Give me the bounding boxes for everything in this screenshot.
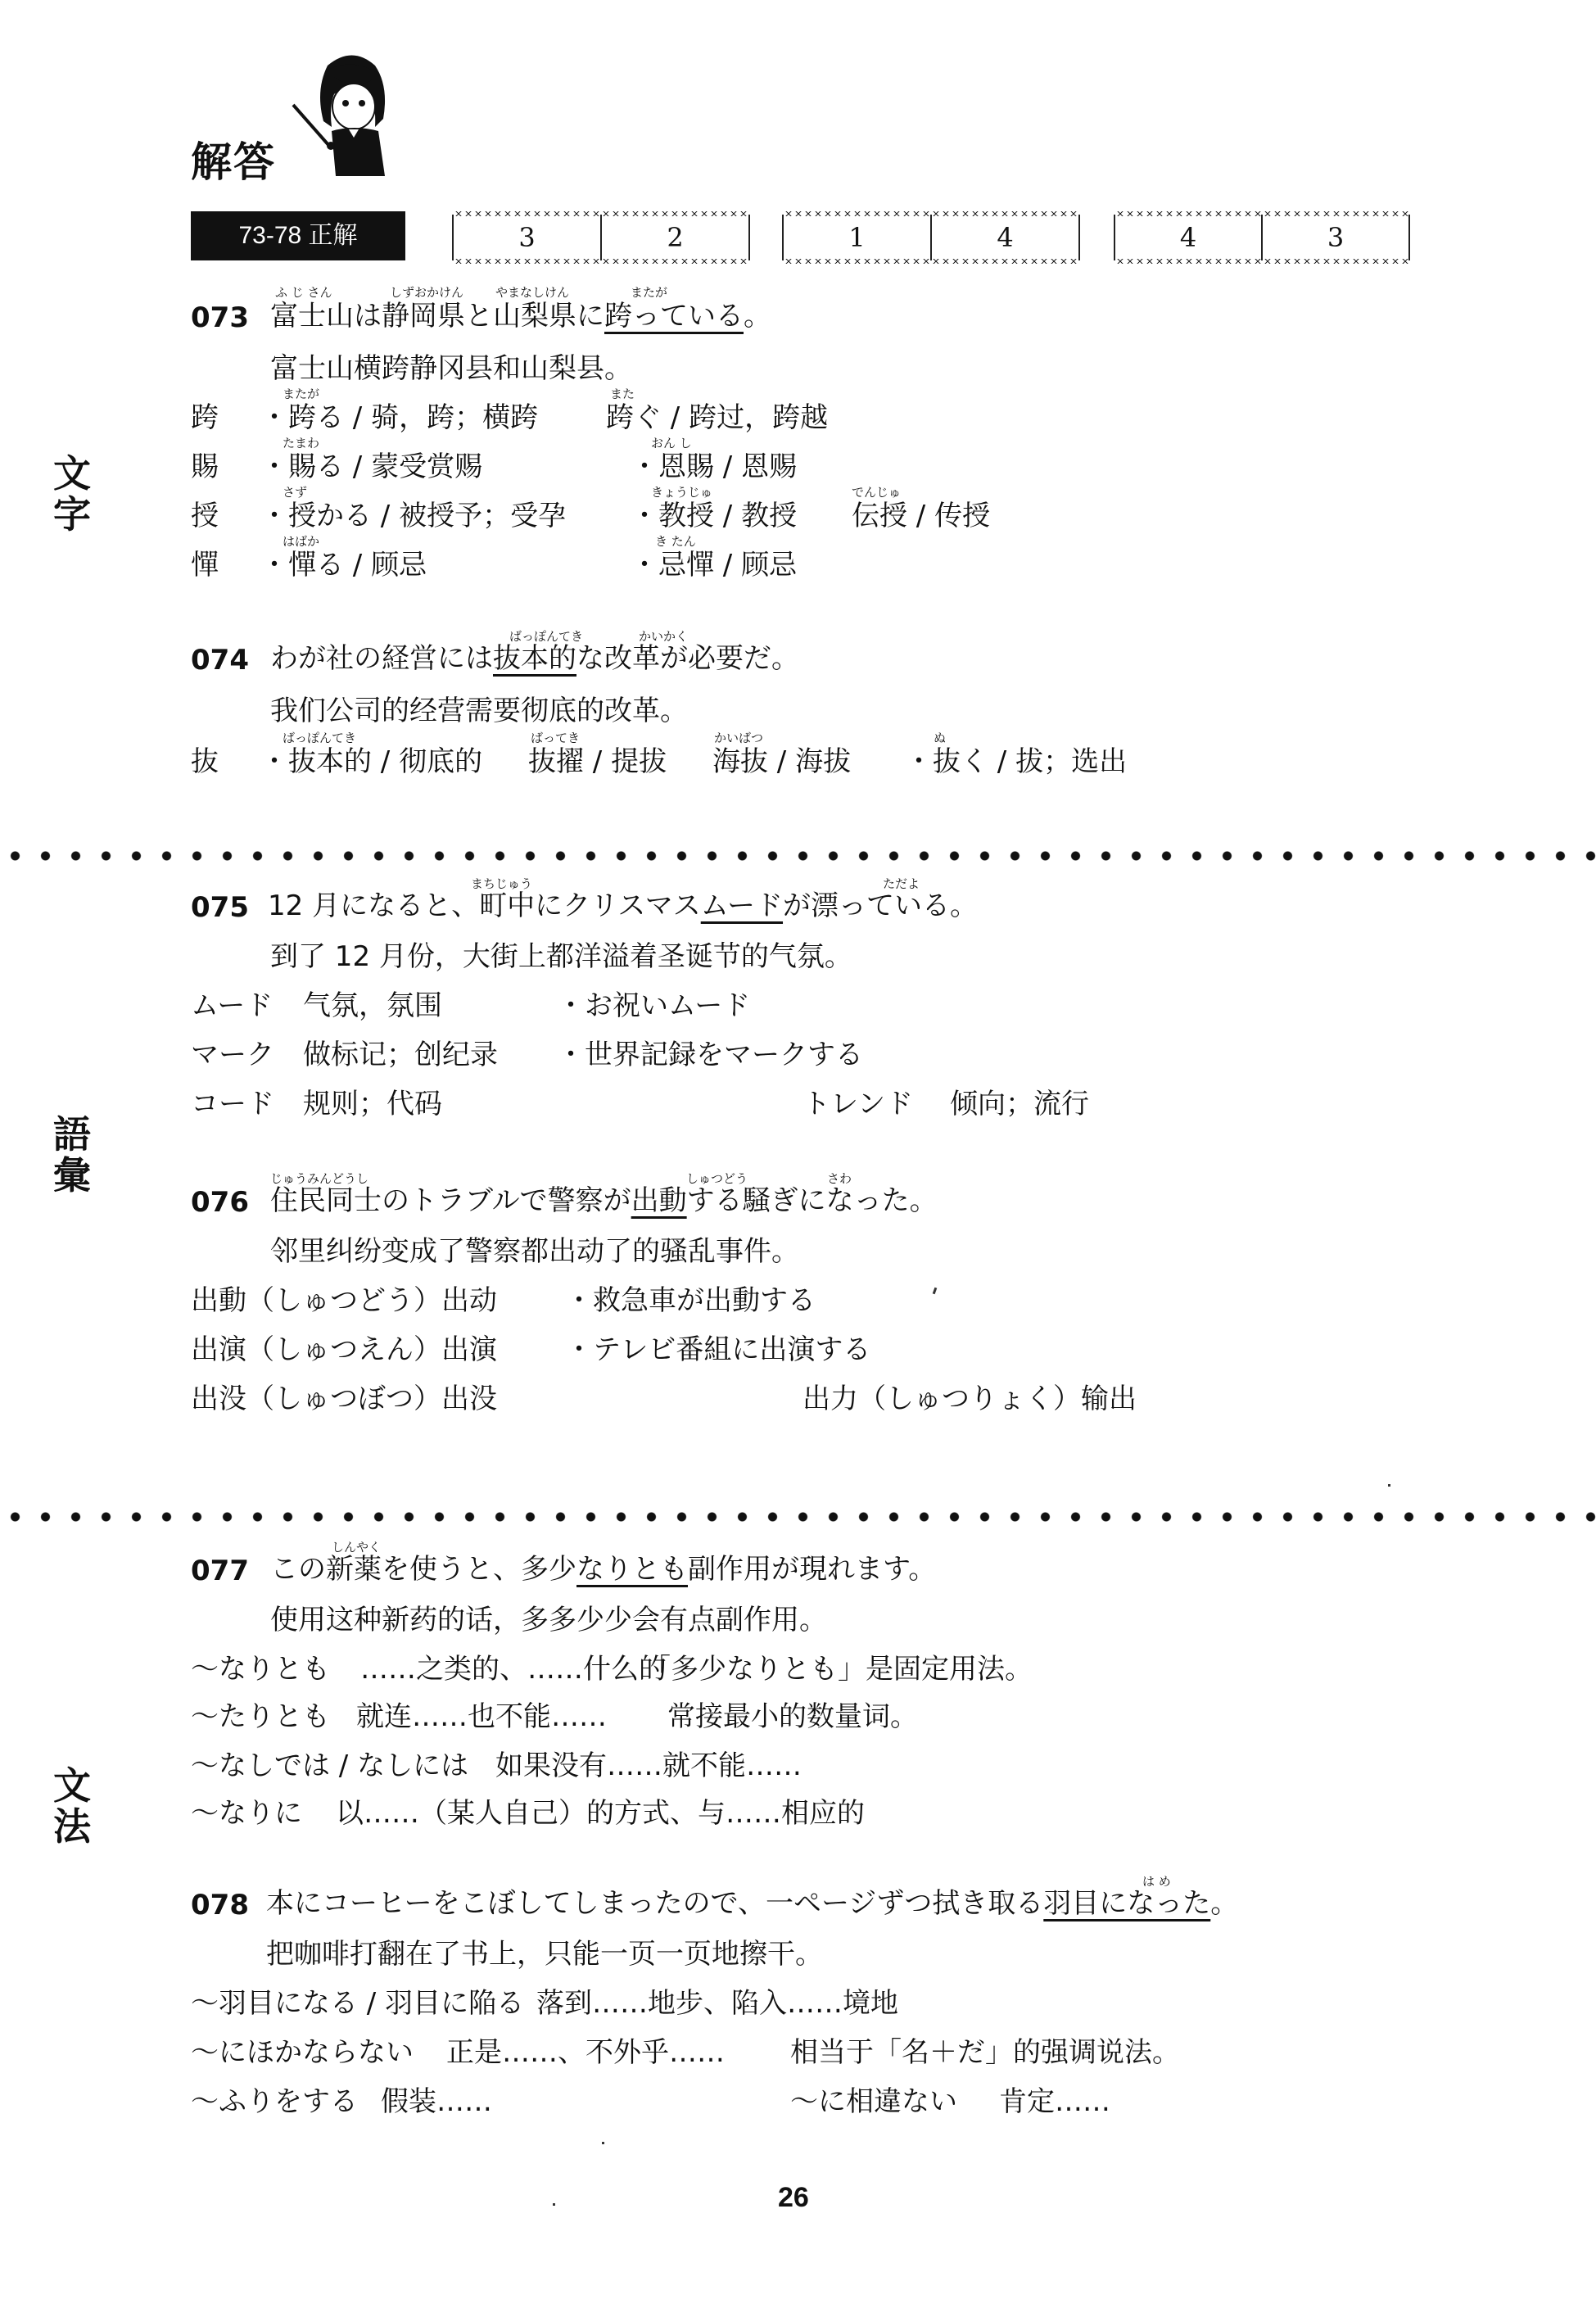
term: マーク	[191, 1039, 274, 1071]
question-sentence: 本にコーヒーをこぼしてしまったので、一ページずつ拭き取る羽目になった。	[266, 1887, 1238, 1920]
ruby: またが	[631, 283, 667, 301]
answer-box-group-2: 1 4	[782, 215, 1080, 260]
kanji-head: 憚	[191, 549, 219, 582]
answer-box-group-1: 3 2	[452, 215, 750, 260]
translation: 到了 12 月份，大街上都洋溢着圣诞节的气氛。	[270, 940, 852, 973]
translation: 邻里纠纷变成了警察都出动了的骚乱事件。	[270, 1235, 799, 1268]
translation: 把咖啡打翻在了书上，只能一页一页地擦干。	[266, 1938, 823, 1971]
grammar-term: ～にほかならない	[191, 2036, 414, 2069]
question-sentence: 12 月になると、町中にクリスマスムードが漂っている。	[268, 889, 978, 922]
ruby: きょうじゅ	[651, 483, 712, 500]
answer-box-group-3: 4 3	[1114, 215, 1410, 260]
translation: 富士山横跨静冈县和山梨县。	[270, 352, 632, 385]
translation: 我们公司的经营需要彻底的改革。	[270, 695, 688, 727]
vocab-item: ・授かる / 被授予；受孕	[260, 500, 566, 532]
sentence-text: な改革が必要だ。	[576, 642, 799, 675]
ruby: またが	[283, 385, 319, 402]
vocab-item: ・教授 / 教授	[631, 500, 797, 532]
question-number: 077	[191, 1555, 249, 1587]
note: 常接最小的数量词。	[667, 1700, 918, 1733]
sentence-text: する騒ぎになった。	[687, 1184, 938, 1217]
section-label-moji: 文字	[51, 453, 93, 535]
page-number: 26	[778, 2182, 809, 2214]
kanji-head: 授	[191, 500, 219, 532]
grammar-term: ～羽目になる / 羽目に陥る	[191, 1987, 524, 2020]
term: 出没（しゅつぼつ）出没	[191, 1383, 497, 1415]
meaning: 做标记；创纪录	[303, 1039, 498, 1071]
meaning: 倾向；流行	[950, 1088, 1089, 1120]
question-sentence: 富士山は静岡県と山梨県に跨っている。	[270, 300, 771, 333]
grammar-term: ～に相違ない	[790, 2085, 957, 2118]
vocab-item: 海抜 / 海拔	[712, 745, 851, 778]
grammar-term: ～たりとも	[191, 1700, 330, 1733]
ruby: しずおかけん	[390, 283, 463, 301]
meaning: 规则；代码	[303, 1088, 442, 1120]
ruby: やまなしけん	[495, 283, 569, 301]
sentence-text: 12 月になると、町中にクリスマス	[268, 889, 701, 922]
underlined-target: ムード	[701, 889, 783, 922]
vocab-item: ・忌憚 / 顾忌	[631, 549, 797, 582]
example: ・救急車が出動する	[565, 1284, 816, 1317]
ruby: ばっぽんてき	[283, 729, 356, 746]
sentence-text: この新薬を使うと、多少	[270, 1553, 576, 1586]
sentence-text: 。	[1210, 1887, 1238, 1920]
kanji-head: 跨	[191, 401, 219, 434]
sentence-text: わが社の経営には	[270, 642, 493, 675]
section-label-bunpou: 文法	[51, 1765, 93, 1847]
vocab-item: ・憚る / 顾忌	[260, 549, 427, 582]
term: 出力（しゅつりょく）输出	[803, 1383, 1137, 1415]
answer-range-badge: 73-78 正解	[191, 211, 405, 260]
question-number: 074	[191, 644, 249, 677]
vocab-item: ・跨る / 骑，跨；横跨	[260, 401, 538, 434]
vocab-item: 抜擢 / 提拔	[528, 745, 667, 778]
ruby: さず	[283, 483, 307, 500]
meaning: 以……（某人自己）的方式、与……相应的	[336, 1797, 865, 1830]
ruby: ぬ	[934, 729, 946, 746]
vocab-item: ・抜く / 拔；选出	[905, 745, 1127, 778]
example: ・テレビ番組に出演する	[565, 1333, 870, 1366]
scan-speck	[602, 2142, 604, 2144]
term: コード	[191, 1088, 274, 1120]
grammar-term: ～ふりをする	[191, 2085, 358, 2118]
section-label-goi: 語彙	[51, 1114, 93, 1196]
meaning: 就连……也不能……	[356, 1700, 607, 1733]
scan-speck	[1388, 1484, 1390, 1487]
meaning: 假装……	[381, 2085, 492, 2118]
page-title: 解答	[191, 129, 276, 188]
answer-074: 2	[600, 215, 748, 260]
meaning: 正是……、不外乎……	[446, 2036, 725, 2069]
question-number: 078	[191, 1889, 249, 1921]
underlined-target: なりとも	[576, 1553, 688, 1586]
ruby: かいばつ	[714, 729, 763, 746]
meaning: 气氛，氛围	[303, 989, 442, 1022]
scan-speck	[933, 1288, 938, 1295]
ruby: また	[610, 385, 635, 402]
answer-076: 4	[930, 215, 1078, 260]
section-divider-dotted	[0, 851, 1596, 861]
underlined-target: 抜本的	[493, 642, 576, 675]
answer-078: 3	[1261, 215, 1408, 260]
sentence-text: 副作用が現れます。	[688, 1553, 936, 1586]
grammar-term: ～なりに	[191, 1797, 302, 1830]
grammar-term: ～なしでは / なしには	[191, 1749, 468, 1782]
note: 相当于「名＋だ」的强调说法。	[790, 2036, 1180, 2069]
underlined-target: 出動	[631, 1184, 687, 1217]
meaning: 如果没有……就不能……	[495, 1749, 802, 1782]
sentence-text: 本にコーヒーをこぼしてしまったので、一ページずつ拭き取る	[266, 1887, 1043, 1920]
question-number: 075	[191, 891, 249, 924]
sentence-text: 。	[744, 300, 771, 333]
scan-speck	[553, 2203, 555, 2206]
example: ・お祝いムード	[557, 989, 750, 1022]
question-sentence: この新薬を使うと、多少なりとも副作用が現れます。	[270, 1553, 936, 1586]
term: ムード	[191, 989, 273, 1022]
kanji-head: 賜	[191, 450, 219, 483]
question-sentence: 住民同士のトラブルで警察が出動する騒ぎになった。	[270, 1184, 938, 1217]
sentence-text: 富士山は静岡県と山梨県に	[270, 300, 604, 333]
underlined-target: 跨っている	[604, 300, 744, 333]
meaning: 肯定……	[999, 2085, 1110, 2118]
vocab-item: ・恩賜 / 恩赐	[631, 450, 797, 483]
grammar-term: ～なりとも	[191, 1653, 330, 1686]
ruby: はばか	[283, 532, 319, 550]
meaning: ……之类的、……什么的	[360, 1653, 667, 1686]
question-number: 076	[191, 1186, 249, 1219]
term: トレンド	[803, 1088, 913, 1120]
ruby: ふ じ さん	[275, 283, 332, 301]
meaning: 落到……地步、陷入……境地	[536, 1987, 898, 2020]
sentence-text: が漂っている。	[783, 889, 978, 922]
kanji-head: 抜	[191, 745, 219, 778]
ruby: でんじゅ	[852, 483, 901, 500]
answer-077: 4	[1115, 215, 1261, 260]
vocab-item: 跨ぐ / 跨过，跨越	[606, 401, 828, 434]
ruby: たまわ	[283, 434, 319, 451]
ruby: き たん	[655, 532, 696, 550]
vocab-item: ・抜本的 / 彻底的	[260, 745, 482, 778]
vocab-item: 伝授 / 传授	[852, 500, 990, 532]
term: 出動（しゅつどう）出动	[191, 1284, 497, 1317]
example: ・世界記録をマークする	[557, 1039, 863, 1071]
answer-075: 1	[784, 215, 930, 260]
sentence-text: 住民同士のトラブルで警察が	[270, 1184, 631, 1217]
vocab-item: ・賜る / 蒙受赏赐	[260, 450, 482, 483]
question-number: 073	[191, 301, 249, 334]
section-divider-dotted	[0, 1512, 1596, 1522]
ruby: おん し	[651, 434, 692, 451]
ruby: ばってき	[531, 729, 580, 746]
translation: 使用这种新药的话，多多少少会有点副作用。	[270, 1604, 827, 1636]
underlined-target: 羽目になった	[1043, 1887, 1210, 1920]
question-sentence: わが社の経営には抜本的な改革が必要だ。	[270, 642, 799, 675]
teacher-mascot-icon	[287, 49, 401, 180]
answer-073: 3	[454, 215, 600, 260]
term: 出演（しゅつえん）出演	[191, 1333, 497, 1366]
note: 「多少なりとも」是固定用法。	[643, 1653, 1033, 1686]
